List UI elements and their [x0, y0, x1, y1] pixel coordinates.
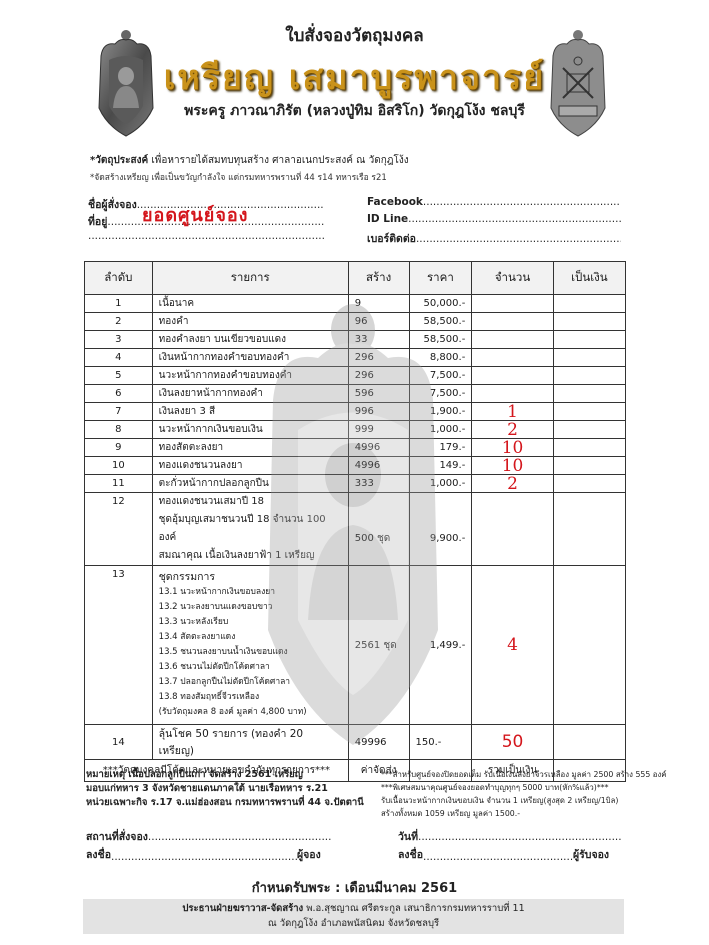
amount-cell[interactable]: [553, 457, 625, 475]
row-item: ทองคำลงยา บนเขียวขอบแดง: [152, 331, 348, 349]
qty-input[interactable]: 10: [472, 439, 553, 457]
row-price: 7,500.-: [409, 367, 472, 385]
row-item: นวะหน้ากากเงินขอบเงิน: [152, 421, 348, 439]
organizer-box: ประธานฝ่ายฆราวาส-จัดสร้าง พ.อ.สุชญาณ ศรี…: [83, 899, 624, 934]
row-no: 2: [85, 313, 153, 331]
row-made: 333: [348, 475, 409, 493]
row-made: 4996: [348, 439, 409, 457]
row-price: 7,500.-: [409, 385, 472, 403]
row-no: 9: [85, 439, 153, 457]
purpose-note: *จัดสร้างเหรียญ เพื่อเป็นขวัญกำลังใจ แด่…: [90, 170, 387, 184]
row12-item: ทองแดงชนวนเสมาปี 18 ชุดอุ้มบุญเสมาชนวนปี…: [152, 493, 348, 566]
qty-input[interactable]: [472, 295, 553, 313]
purpose-text: เพื่อหารายได้สมทบทุนสร้าง ศาลาอเนกประสงค…: [151, 155, 408, 166]
table-row: 2ทองคำ9658,500.-: [85, 313, 626, 331]
row-price: 8,800.-: [409, 349, 472, 367]
table-row-13: 13 ชุดกรรมการ 13.1 นวะหน้ากากเงินขอบลงยา…: [85, 566, 626, 725]
qty-input[interactable]: [472, 349, 553, 367]
row-price: 1,000.-: [409, 475, 472, 493]
table-row: 10ทองแดงชนวนลงยา4996149.-10: [85, 457, 626, 475]
table-row: 3ทองคำลงยา บนเขียวขอบแดง3358,500.-: [85, 331, 626, 349]
table-row-14: 14 ลุ้นโชค 50 รายการ (ทองคำ 20 เหรียญ) 4…: [85, 725, 626, 760]
row-made: 4996: [348, 457, 409, 475]
purpose-line: *วัตถุประสงค์ เพื่อหารายได้สมทบทุนสร้าง …: [90, 153, 409, 168]
amount-cell[interactable]: [553, 493, 625, 566]
table-row: 7เงินลงยา 3 สี9961,900.-1: [85, 403, 626, 421]
amount-cell[interactable]: [553, 566, 625, 725]
table-row: 6เงินลงยาหน้ากากทองคำ5967,500.-: [85, 385, 626, 403]
committee-set-item: 13.3 นวะหลังเรียบ: [159, 615, 342, 630]
committee-set-item: 13.5 ชนวนลงยาบนน้ำเงินขอบแดง: [159, 645, 342, 660]
row-item: ตะกั่วหน้ากากปลอกลูกปืน: [152, 475, 348, 493]
qty-input[interactable]: 50: [472, 725, 553, 760]
chair-name: พ.อ.สุชญาณ ศรีตระกูล เสนาธิการกรมทหารราบ…: [306, 903, 524, 914]
phone-label: เบอร์ติดต่อ: [367, 233, 416, 245]
table-row: 11ตะกั่วหน้ากากปลอกลูกปืน3331,000.-2: [85, 475, 626, 493]
name-label: ชื่อผู้สั่งจอง: [88, 199, 137, 211]
qty-input[interactable]: 2: [472, 421, 553, 439]
facebook-field[interactable]: Facebook................................…: [367, 196, 621, 208]
col-header-price: ราคา: [409, 262, 472, 295]
row-no: 11: [85, 475, 153, 493]
row-made: 33: [348, 331, 409, 349]
remarks-right: ***สำหรับศูนย์จองปิดยอดเต็ม รับเนื้อเงิน…: [381, 768, 667, 820]
table-row: 1เนื้อนาค950,000.-: [85, 295, 626, 313]
table-header-row: ลำดับ รายการ สร้าง ราคา จำนวน เป็นเงิน: [85, 262, 626, 295]
row-item: เงินหน้ากากทองคำขอบทองคำ: [152, 349, 348, 367]
pickup-date: กำหนดรับพระ : เดือนมีนาคม 2561: [0, 877, 709, 898]
orderer-signature-field[interactable]: ลงชื่อ..................................…: [86, 846, 334, 863]
amount-cell[interactable]: [553, 349, 625, 367]
remarks-left: หมายเหตุ เนื้อปลอกลูกปืนเก่า จัดสร้าง 25…: [86, 768, 364, 810]
handwritten-stamp: ยอดศูนย์จอง: [142, 200, 248, 229]
facebook-label: Facebook: [367, 196, 423, 208]
coin-title: เหรียญ เสมาบูรพาจารย์: [0, 50, 709, 104]
qty-input[interactable]: [472, 367, 553, 385]
table-row: 5นวะหน้ากากทองคำขอบทองคำ2967,500.-: [85, 367, 626, 385]
row-item: เงินลงยา 3 สี: [152, 403, 348, 421]
receiver-signature-field[interactable]: ลงชื่อ..................................…: [398, 846, 624, 863]
committee-set-item: 13.8 ทองสัมฤทธิ์จีวรเหลือง: [159, 690, 342, 705]
committee-set-item: 13.7 ปลอกลูกปืนไม่ตัดปีกโค้ดศาลา: [159, 675, 342, 690]
col-header-made: สร้าง: [348, 262, 409, 295]
col-header-no: ลำดับ: [85, 262, 153, 295]
table-row: 8นวะหน้ากากเงินขอบเงิน9991,000.-2: [85, 421, 626, 439]
purpose-label: *วัตถุประสงค์: [90, 155, 148, 166]
committee-set-item: (รับวัตถุมงคล 8 องค์ มูลค่า 4,800 บาท): [159, 705, 342, 720]
line-id-field[interactable]: ID Line.................................…: [367, 213, 621, 225]
table-row: 4เงินหน้ากากทองคำขอบทองคำ2968,800.-: [85, 349, 626, 367]
row-item: นวะหน้ากากทองคำขอบทองคำ: [152, 367, 348, 385]
row-no: 1: [85, 295, 153, 313]
committee-set-item: 13.1 นวะหน้ากากเงินขอบลงยา: [159, 585, 342, 600]
row-no: 8: [85, 421, 153, 439]
line-id-label: ID Line: [367, 213, 408, 225]
committee-set-item: 13.2 นวะลงยาบนแดงขอบขาว: [159, 600, 342, 615]
qty-input[interactable]: [472, 385, 553, 403]
row-made: 96: [348, 313, 409, 331]
table-row-12: 12 ทองแดงชนวนเสมาปี 18 ชุดอุ้มบุญเสมาชนว…: [85, 493, 626, 566]
amount-cell[interactable]: [553, 725, 625, 760]
committee-set-item: 13.4 สัตตะลงยาแดง: [159, 630, 342, 645]
amount-cell[interactable]: [553, 367, 625, 385]
amount-cell[interactable]: [553, 421, 625, 439]
row-item: ทองคำ: [152, 313, 348, 331]
table-row: 9ทองสัตตะลงยา4996179.-10: [85, 439, 626, 457]
row-price: 149.-: [409, 457, 472, 475]
row-no: 7: [85, 403, 153, 421]
col-header-item: รายการ: [152, 262, 348, 295]
date-field[interactable]: วันที่..................................…: [398, 828, 622, 845]
amount-cell[interactable]: [553, 313, 625, 331]
organizer-location: ณ วัดกุฎโง้ง อำเภอพนัสนิคม จังหวัดชลบุรี: [83, 916, 624, 931]
phone-field[interactable]: เบอร์ติดต่อ.............................…: [367, 230, 621, 247]
col-header-amount: เป็นเงิน: [553, 262, 625, 295]
temple-line: พระครู ภาวณาภิรัต (หลวงปู่ทิม อิสริโก) ว…: [0, 100, 709, 122]
row-no: 3: [85, 331, 153, 349]
row-no: 5: [85, 367, 153, 385]
amount-cell[interactable]: [553, 475, 625, 493]
order-place-field[interactable]: สถานที่สั่งจอง..........................…: [86, 828, 332, 845]
row-price: 1,000.-: [409, 421, 472, 439]
qty-input[interactable]: [472, 313, 553, 331]
address-label: ที่อยู่: [88, 216, 107, 228]
order-table: ลำดับ รายการ สร้าง ราคา จำนวน เป็นเงิน 1…: [84, 261, 626, 782]
row-made: 296: [348, 349, 409, 367]
row-price: 179.-: [409, 439, 472, 457]
address-field-line2[interactable]: ........................................…: [88, 230, 324, 242]
row-price: 58,500.-: [409, 313, 472, 331]
amount-cell[interactable]: [553, 439, 625, 457]
amount-cell[interactable]: [553, 295, 625, 313]
row-price: 58,500.-: [409, 331, 472, 349]
amount-cell[interactable]: [553, 331, 625, 349]
qty-input[interactable]: 1: [472, 403, 553, 421]
row-no: 4: [85, 349, 153, 367]
qty-input[interactable]: 10: [472, 457, 553, 475]
chair-label: ประธานฝ่ายฆราวาส-จัดสร้าง: [182, 903, 303, 914]
amount-cell[interactable]: [553, 403, 625, 421]
row-made: 596: [348, 385, 409, 403]
form-subtitle: ใบสั่งจองวัตถุมงคล: [0, 22, 709, 49]
row-no: 10: [85, 457, 153, 475]
row-made: 296: [348, 367, 409, 385]
row-item: เนื้อนาค: [152, 295, 348, 313]
row-item: ทองสัตตะลงยา: [152, 439, 348, 457]
qty-input[interactable]: 2: [472, 475, 553, 493]
col-header-qty: จำนวน: [472, 262, 553, 295]
qty-input[interactable]: [472, 493, 553, 566]
row-made: 996: [348, 403, 409, 421]
row-made: 999: [348, 421, 409, 439]
row-made: 9: [348, 295, 409, 313]
amount-cell[interactable]: [553, 385, 625, 403]
committee-set-item: 13.6 ชนวนไม่ตัดปีกโค้ดศาลา: [159, 660, 342, 675]
row-item: เงินลงยาหน้ากากทองคำ: [152, 385, 348, 403]
row13-item: ชุดกรรมการ 13.1 นวะหน้ากากเงินขอบลงยา13.…: [152, 566, 348, 725]
row-item: ทองแดงชนวนลงยา: [152, 457, 348, 475]
row-no: 6: [85, 385, 153, 403]
row-price: 1,900.-: [409, 403, 472, 421]
qty-input[interactable]: 4: [472, 566, 553, 725]
row-price: 50,000.-: [409, 295, 472, 313]
qty-input[interactable]: [472, 331, 553, 349]
